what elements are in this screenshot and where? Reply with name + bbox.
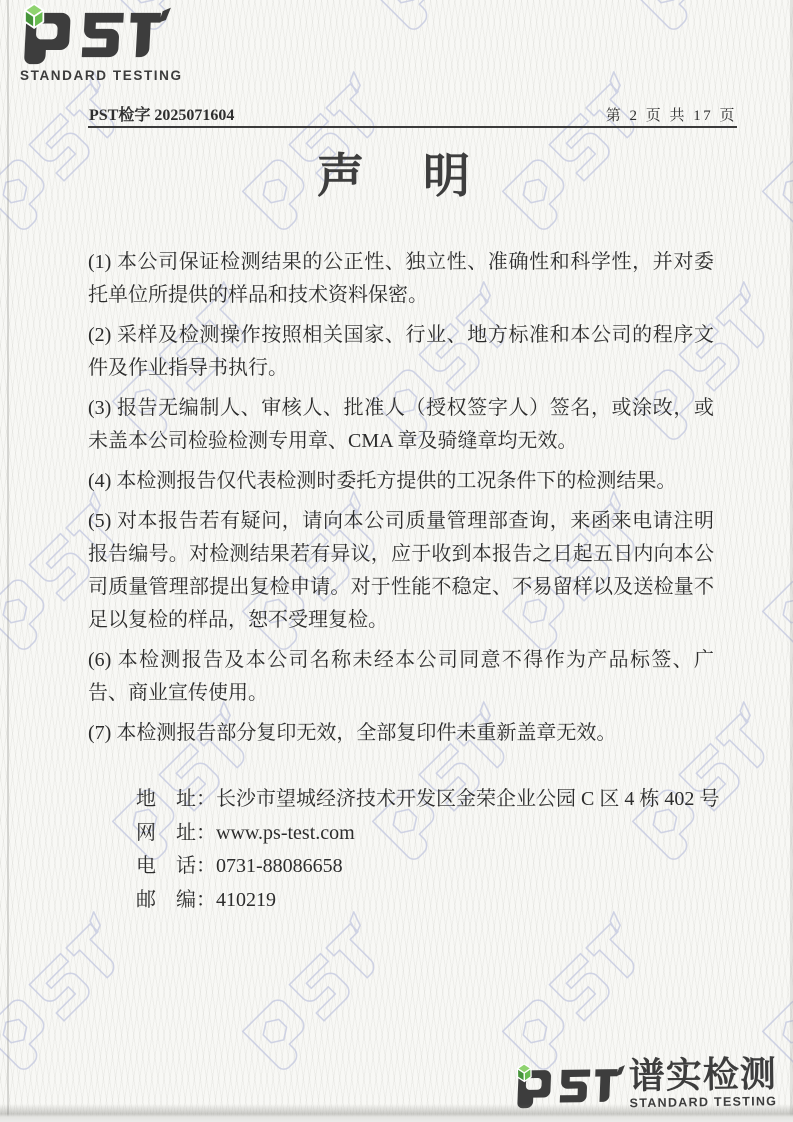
contact-label: 电 话：: [136, 850, 216, 884]
statement-no: (5): [88, 510, 111, 532]
page-header: PST检字 2025071604 第 2 页 共 17 页: [89, 102, 737, 125]
statement-no: (2): [88, 324, 111, 346]
statement-no: (4): [88, 470, 111, 492]
contact-label: 地 址：: [136, 783, 216, 817]
footer-logo-subtitle: STANDARD TESTING: [630, 1094, 778, 1110]
contact-address-row: 地 址：长沙市望城经济技术开发区金荣企业公园 C 区 4 栋 402 号: [136, 783, 719, 817]
report-number: PST检字 2025071604: [89, 102, 234, 125]
contact-value: 长沙市望城经济技术开发区金荣企业公园 C 区 4 栋 402 号: [216, 788, 719, 810]
statement-text: 采样及检测操作按照相关国家、行业、地方标准和本公司的程序文件及作业指导书执行。: [88, 324, 714, 379]
contact-zip-row: 邮 编：410219: [136, 884, 719, 918]
header-divider: [88, 126, 737, 128]
contact-label: 邮 编：: [136, 884, 216, 918]
statement-text: 对本报告若有疑问，请向本公司质量管理部查询，来函来电请注明报告编号。对检测结果若…: [88, 510, 714, 631]
document-page: STANDARD TESTING PST检字 2025071604 第 2 页 …: [0, 0, 793, 1122]
contact-phone-row: 电 话：0731-88086658: [136, 850, 719, 884]
statement-no: (1): [88, 251, 111, 273]
contact-website-row: 网 址：www.ps-test.com: [136, 817, 719, 851]
statement-no: (7): [88, 722, 111, 744]
statement-text: 本公司保证检测结果的公正性、独立性、准确性和科学性，并对委托单位所提供的样品和技…: [88, 251, 714, 306]
statement-text: 本检测报告部分复印无效，全部复印件未重新盖章无效。: [116, 722, 616, 744]
statement-item-3: (3) 报告无编制人、审核人、批准人（授权签字人）签名，或涂改，或未盖本公司检验…: [88, 392, 714, 458]
statement-item-4: (4) 本检测报告仅代表检测时委托方提供的工况条件下的检测结果。: [88, 465, 714, 498]
statement-list: (1) 本公司保证检测结果的公正性、独立性、准确性和科学性，并对委托单位所提供的…: [88, 246, 714, 757]
contact-value: www.ps-test.com: [216, 822, 355, 844]
page-title: 声 明: [0, 139, 793, 206]
logo-subtitle: STANDARD TESTING: [20, 68, 183, 83]
statement-item-1: (1) 本公司保证检测结果的公正性、独立性、准确性和科学性，并对委托单位所提供的…: [88, 246, 714, 312]
statement-text: 本检测报告及本公司名称未经本公司同意不得作为产品标签、广告、商业宣传使用。: [88, 649, 714, 704]
statement-item-5: (5) 对本报告若有疑问，请向本公司质量管理部查询，来函来电请注明报告编号。对检…: [88, 505, 714, 637]
statement-item-6: (6) 本检测报告及本公司名称未经本公司同意不得作为产品标签、广告、商业宣传使用…: [88, 644, 714, 710]
contact-value: 0731-88086658: [216, 855, 343, 877]
contact-value: 410219: [216, 889, 276, 911]
statement-no: (6): [88, 649, 111, 671]
footer-logo-text: 谱实检测 STANDARD TESTING: [629, 1056, 778, 1110]
page-indicator: 第 2 页 共 17 页: [606, 104, 737, 125]
contact-block: 地 址：长沙市望城经济技术开发区金荣企业公园 C 区 4 栋 402 号 网 址…: [136, 783, 719, 917]
statement-item-7: (7) 本检测报告部分复印无效，全部复印件未重新盖章无效。: [88, 717, 714, 750]
statement-no: (3): [88, 397, 111, 419]
pst-logo-icon: [20, 4, 172, 66]
footer-logo: 谱实检测 STANDARD TESTING: [514, 1056, 778, 1112]
footer-logo-cn-name: 谱实检测: [629, 1056, 778, 1094]
contact-label: 网 址：: [136, 817, 216, 851]
statement-text: 本检测报告仅代表检测时委托方提供的工况条件下的检测结果。: [116, 470, 676, 492]
statement-item-2: (2) 采样及检测操作按照相关国家、行业、地方标准和本公司的程序文件及作业指导书…: [88, 319, 714, 385]
pst-logo-icon: [514, 1062, 627, 1110]
company-logo: STANDARD TESTING: [20, 4, 183, 83]
statement-text: 报告无编制人、审核人、批准人（授权签字人）签名，或涂改，或未盖本公司检验检测专用…: [88, 397, 714, 452]
